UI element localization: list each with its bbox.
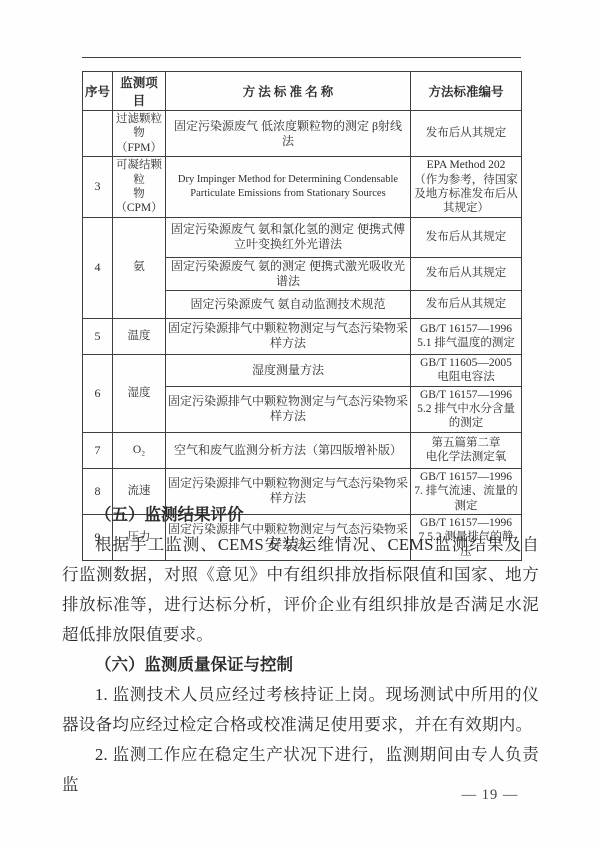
- cell-item: O₂: [113, 432, 166, 468]
- cell-method-name: Dry Impinger Method for Determining Cond…: [166, 157, 411, 218]
- cell-method-number: 第五篇第二章 电化学法测定氧: [411, 432, 522, 468]
- cell-method-name: 固定污染源废气 低浓度颗粒物的测定 β射线法: [166, 111, 411, 157]
- col-header-seq: 序号: [83, 72, 113, 111]
- col-header-item: 监测项目: [113, 72, 166, 111]
- document-page: 序号 监测项目 方 法 标 准 名 称 方法标准编号 过滤颗粒物 （FPM） 固…: [0, 0, 600, 848]
- col-header-method-number: 方法标准编号: [411, 72, 522, 111]
- col-header-method-name: 方 法 标 准 名 称: [166, 72, 411, 111]
- table-continuation-rule: [82, 57, 521, 58]
- cell-seq: 6: [83, 354, 113, 432]
- cell-item: 温度: [113, 318, 166, 354]
- cell-method-number: 发布后从其规定: [411, 257, 522, 290]
- cell-method-number: GB/T 11605—2005 电阻电容法: [411, 354, 522, 386]
- cell-method-name: 固定污染源废气 氨自动监测技术规范: [166, 290, 411, 318]
- cell-method-number: EPA Method 202 （作为参考，待国家及地方标准发布后从其规定）: [411, 157, 522, 218]
- cell-method-name: 固定污染源废气 氨的测定 便携式激光吸收光谱法: [166, 257, 411, 290]
- cell-method-name: 固定污染源排气中颗粒物测定与气态污染物采样方法: [166, 386, 411, 432]
- paragraph-6-1: 1. 监测技术人员应经过考核持证上岗。现场测试中所用的仪器设备均应经过检定合格或…: [62, 680, 539, 740]
- cell-item: 过滤颗粒物 （FPM）: [113, 111, 166, 157]
- page-number: — 19 —: [430, 787, 550, 804]
- cell-seq: [83, 111, 113, 157]
- table-row: 3 可凝结颗粒 物（CPM） Dry Impinger Method for D…: [83, 157, 522, 218]
- monitoring-methods-table: 序号 监测项目 方 法 标 准 名 称 方法标准编号 过滤颗粒物 （FPM） 固…: [82, 71, 522, 561]
- cell-item: 湿度: [113, 354, 166, 432]
- table-row: 6 湿度 湿度测量方法 GB/T 11605—2005 电阻电容法: [83, 354, 522, 386]
- cell-seq: 4: [83, 217, 113, 318]
- table-row: 过滤颗粒物 （FPM） 固定污染源废气 低浓度颗粒物的测定 β射线法 发布后从其…: [83, 111, 522, 157]
- body-text: （五）监测结果评价 根据手工监测、CEMS安装运维情况、CEMS监测结果及自行监…: [62, 500, 539, 800]
- cell-item: 可凝结颗粒 物（CPM）: [113, 157, 166, 218]
- section-heading-5: （五）监测结果评价: [62, 500, 539, 530]
- cell-seq: 3: [83, 157, 113, 218]
- table-row: 4 氨 固定污染源废气 氨和氯化氢的测定 便携式傅立叶变换红外光谱法 发布后从其…: [83, 217, 522, 257]
- table-row: 5 温度 固定污染源排气中颗粒物测定与气态污染物采样方法 GB/T 16157—…: [83, 318, 522, 354]
- cell-method-name: 固定污染源排气中颗粒物测定与气态污染物采样方法: [166, 318, 411, 354]
- cell-method-number: GB/T 16157—1996 5.1 排气温度的测定: [411, 318, 522, 354]
- cell-method-name: 湿度测量方法: [166, 354, 411, 386]
- table-header-row: 序号 监测项目 方 法 标 准 名 称 方法标准编号: [83, 72, 522, 111]
- cell-method-number: GB/T 16157—1996 5.2 排气中水分含量的测定: [411, 386, 522, 432]
- cell-method-name: 空气和废气监测分析方法（第四版增补版）: [166, 432, 411, 468]
- cell-method-number: 发布后从其规定: [411, 290, 522, 318]
- table-row: 7 O₂ 空气和废气监测分析方法（第四版增补版） 第五篇第二章 电化学法测定氧: [83, 432, 522, 468]
- paragraph-5-1: 根据手工监测、CEMS安装运维情况、CEMS监测结果及自行监测数据，对照《意见》…: [62, 530, 539, 650]
- section-heading-6: （六）监测质量保证与控制: [62, 650, 539, 680]
- cell-method-name: 固定污染源废气 氨和氯化氢的测定 便携式傅立叶变换红外光谱法: [166, 217, 411, 257]
- cell-method-number: 发布后从其规定: [411, 111, 522, 157]
- cell-seq: 5: [83, 318, 113, 354]
- cell-method-number: 发布后从其规定: [411, 217, 522, 257]
- cell-seq: 7: [83, 432, 113, 468]
- cell-item: 氨: [113, 217, 166, 318]
